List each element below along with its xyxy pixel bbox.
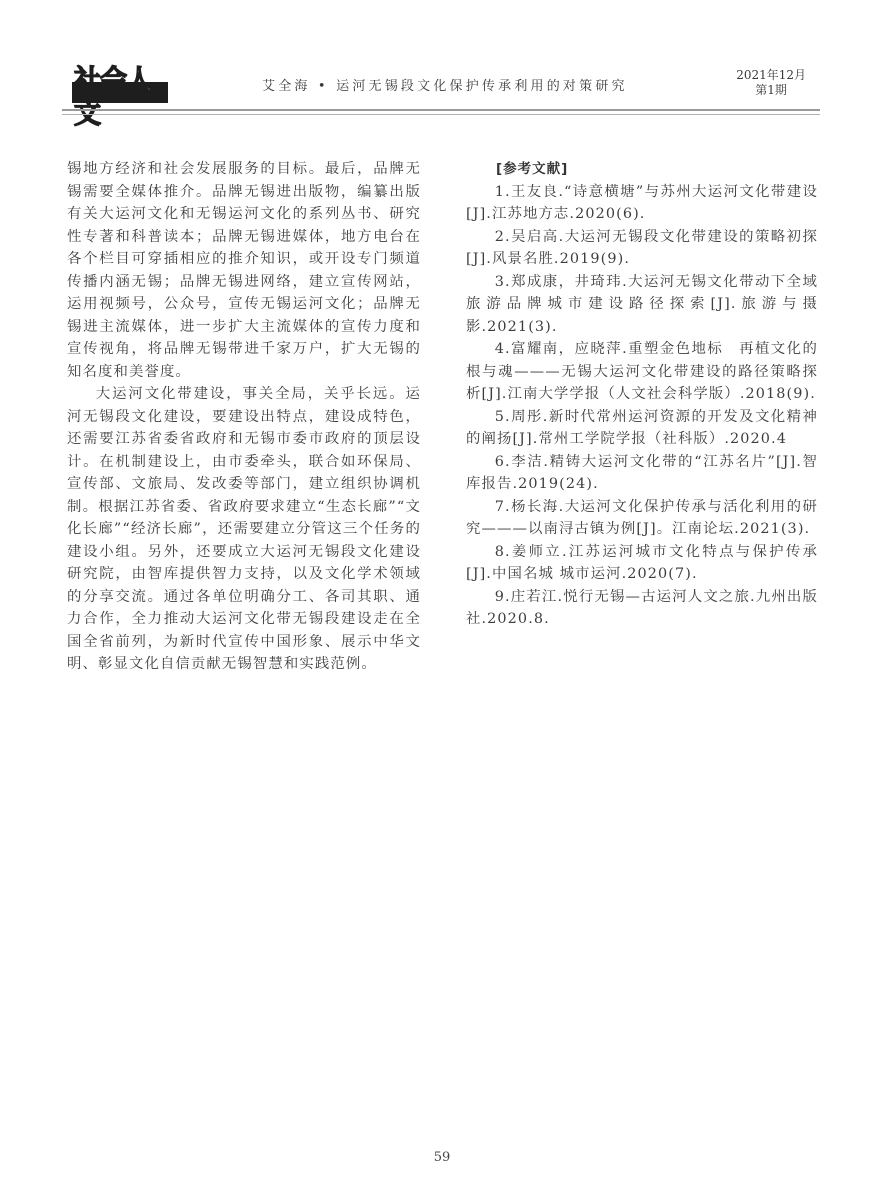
header-rule-bottom [62, 114, 820, 115]
body-column-left: 锡地方经济和社会发展服务的目标。最后，品牌无锡需要全媒体推介。品牌无锡进出版物，… [67, 158, 421, 676]
references-heading: [参考文献] [496, 158, 818, 181]
issue-number: 第1期 [736, 83, 806, 98]
header-rule-top [62, 109, 820, 111]
page-header: 社会人文 艾全海 • 运河无锡段文化保护传承利用的对策研究 2021年12月 第… [62, 66, 822, 118]
reference-item: 5.周彤.新时代常州运河资源的开发及文化精神的阐扬[J].常州工学院学报（社科版… [466, 406, 818, 451]
reference-item: 4.富耀南，应晓萍.重塑金色地标 再植文化的根与魂———无锡大运河文化带建设的路… [466, 338, 818, 406]
references-column: [参考文献] 1.王友良.“诗意横塘”与苏州大运河文化带建设[J].江苏地方志.… [466, 158, 818, 631]
body-paragraph: 大运河文化带建设，事关全局，关乎长远。运河无锡段文化建设，要建设出特点，建设成特… [67, 383, 421, 676]
journal-logo: 社会人文 [68, 66, 168, 104]
reference-item: 7.杨长海.大运河文化保护传承与活化利用的研究———以南浔古镇为例[J]。江南论… [466, 496, 818, 541]
reference-item: 6.李洁.精铸大运河文化带的“江苏名片”[J].智库报告.2019(24). [466, 451, 818, 496]
reference-item: 9.庄若江.悦行无锡—古运河人文之旅.九州出版社.2020.8. [466, 586, 818, 631]
journal-logo-text: 社会人文 [74, 64, 168, 132]
reference-item: 8.姜师立.江苏运河城市文化特点与保护传承[J].中国名城 城市运河.2020(… [466, 541, 818, 586]
issue-date: 2021年12月 [736, 68, 806, 83]
reference-item: 1.王友良.“诗意横塘”与苏州大运河文化带建设[J].江苏地方志.2020(6)… [466, 181, 818, 226]
page-number: 59 [0, 1150, 884, 1165]
reference-item: 3.郑成康，井琦玮.大运河无锡文化带动下全域旅游品牌城市建设路径探索[J].旅游… [466, 271, 818, 339]
body-paragraph: 锡地方经济和社会发展服务的目标。最后，品牌无锡需要全媒体推介。品牌无锡进出版物，… [67, 158, 421, 383]
running-title: 艾全海 • 运河无锡段文化保护传承利用的对策研究 [262, 75, 628, 94]
issue-info: 2021年12月 第1期 [736, 68, 806, 98]
reference-item: 2.吴启高.大运河无锡段文化带建设的策略初探[J].风景名胜.2019(9). [466, 226, 818, 271]
